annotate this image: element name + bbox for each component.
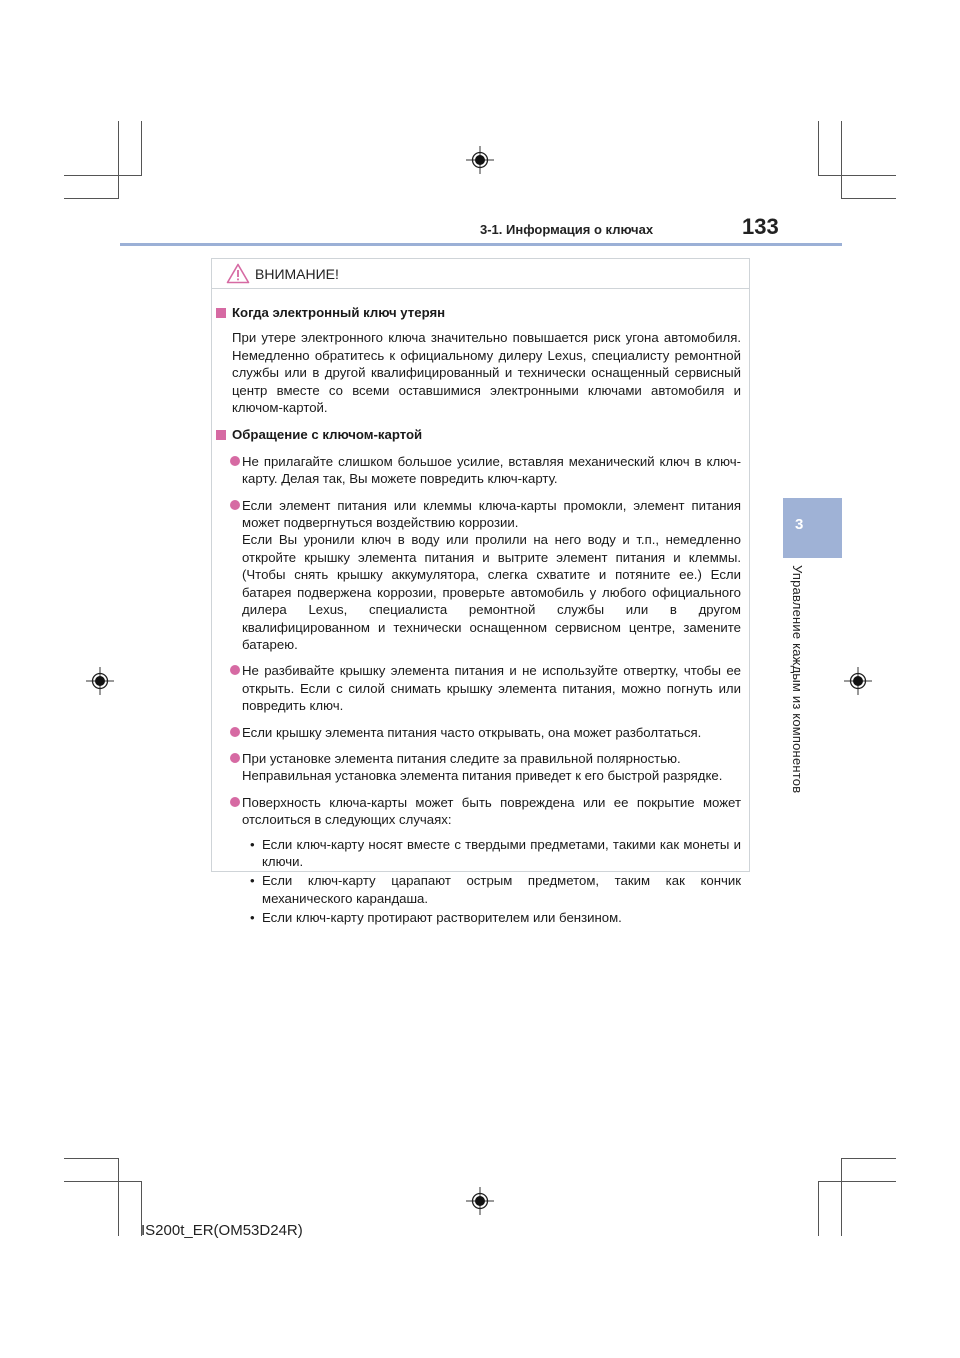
caution-box: ВНИМАНИЕ! Когда электронный ключ утерян …	[211, 258, 750, 872]
sub-list-item: • Если ключ-карту носят вместе с твердым…	[248, 836, 741, 871]
round-bullet-icon	[230, 456, 240, 466]
registration-mark-icon	[465, 145, 495, 175]
round-bullet-icon	[230, 797, 240, 807]
list-item: Не разбивайте крышку элемента питания и …	[232, 662, 741, 714]
section-heading: Обращение с ключом-картой	[212, 426, 749, 443]
list-item: Если элемент питания или клеммы ключа-ка…	[232, 497, 741, 654]
chapter-tab: 3	[783, 498, 842, 558]
chapter-number: 3	[795, 516, 803, 533]
sub-list-item: • Если ключ-карту царапают острым предме…	[248, 872, 741, 907]
page-number: 133	[742, 214, 779, 240]
sub-list-item: • Если ключ-карту протирают растворителе…	[248, 909, 741, 926]
square-bullet-icon	[216, 308, 226, 318]
list-item: Если крышку элемента питания часто откры…	[232, 724, 741, 741]
square-bullet-icon	[216, 430, 226, 440]
document-code: IS200t_ER(OM53D24R)	[141, 1222, 303, 1239]
chapter-title: Управление каждым из компонентов	[790, 565, 805, 793]
list-item: При установке элемента питания следите з…	[232, 750, 741, 785]
caution-header: ВНИМАНИЕ!	[212, 259, 749, 289]
small-bullet-icon: •	[250, 836, 255, 853]
caution-title: ВНИМАНИЕ!	[255, 266, 339, 282]
caution-content: Когда электронный ключ утерян При утере …	[212, 289, 749, 927]
header-divider	[120, 243, 842, 246]
small-bullet-icon: •	[250, 909, 255, 926]
registration-mark-icon	[465, 1186, 495, 1216]
warning-triangle-icon	[226, 263, 250, 284]
round-bullet-icon	[230, 665, 240, 675]
section-heading: Когда электронный ключ утерян	[212, 304, 749, 321]
registration-mark-icon	[85, 666, 115, 696]
round-bullet-icon	[230, 727, 240, 737]
section-paragraph: При утере электронного ключа значительно…	[232, 329, 741, 416]
registration-mark-icon	[843, 666, 873, 696]
round-bullet-icon	[230, 753, 240, 763]
section-title: 3-1. Информация о ключах	[480, 222, 653, 237]
list-item: Не прилагайте слишком большое усилие, вс…	[232, 453, 741, 488]
small-bullet-icon: •	[250, 872, 255, 889]
list-item: Поверхность ключа-карты может быть повре…	[232, 794, 741, 829]
round-bullet-icon	[230, 500, 240, 510]
